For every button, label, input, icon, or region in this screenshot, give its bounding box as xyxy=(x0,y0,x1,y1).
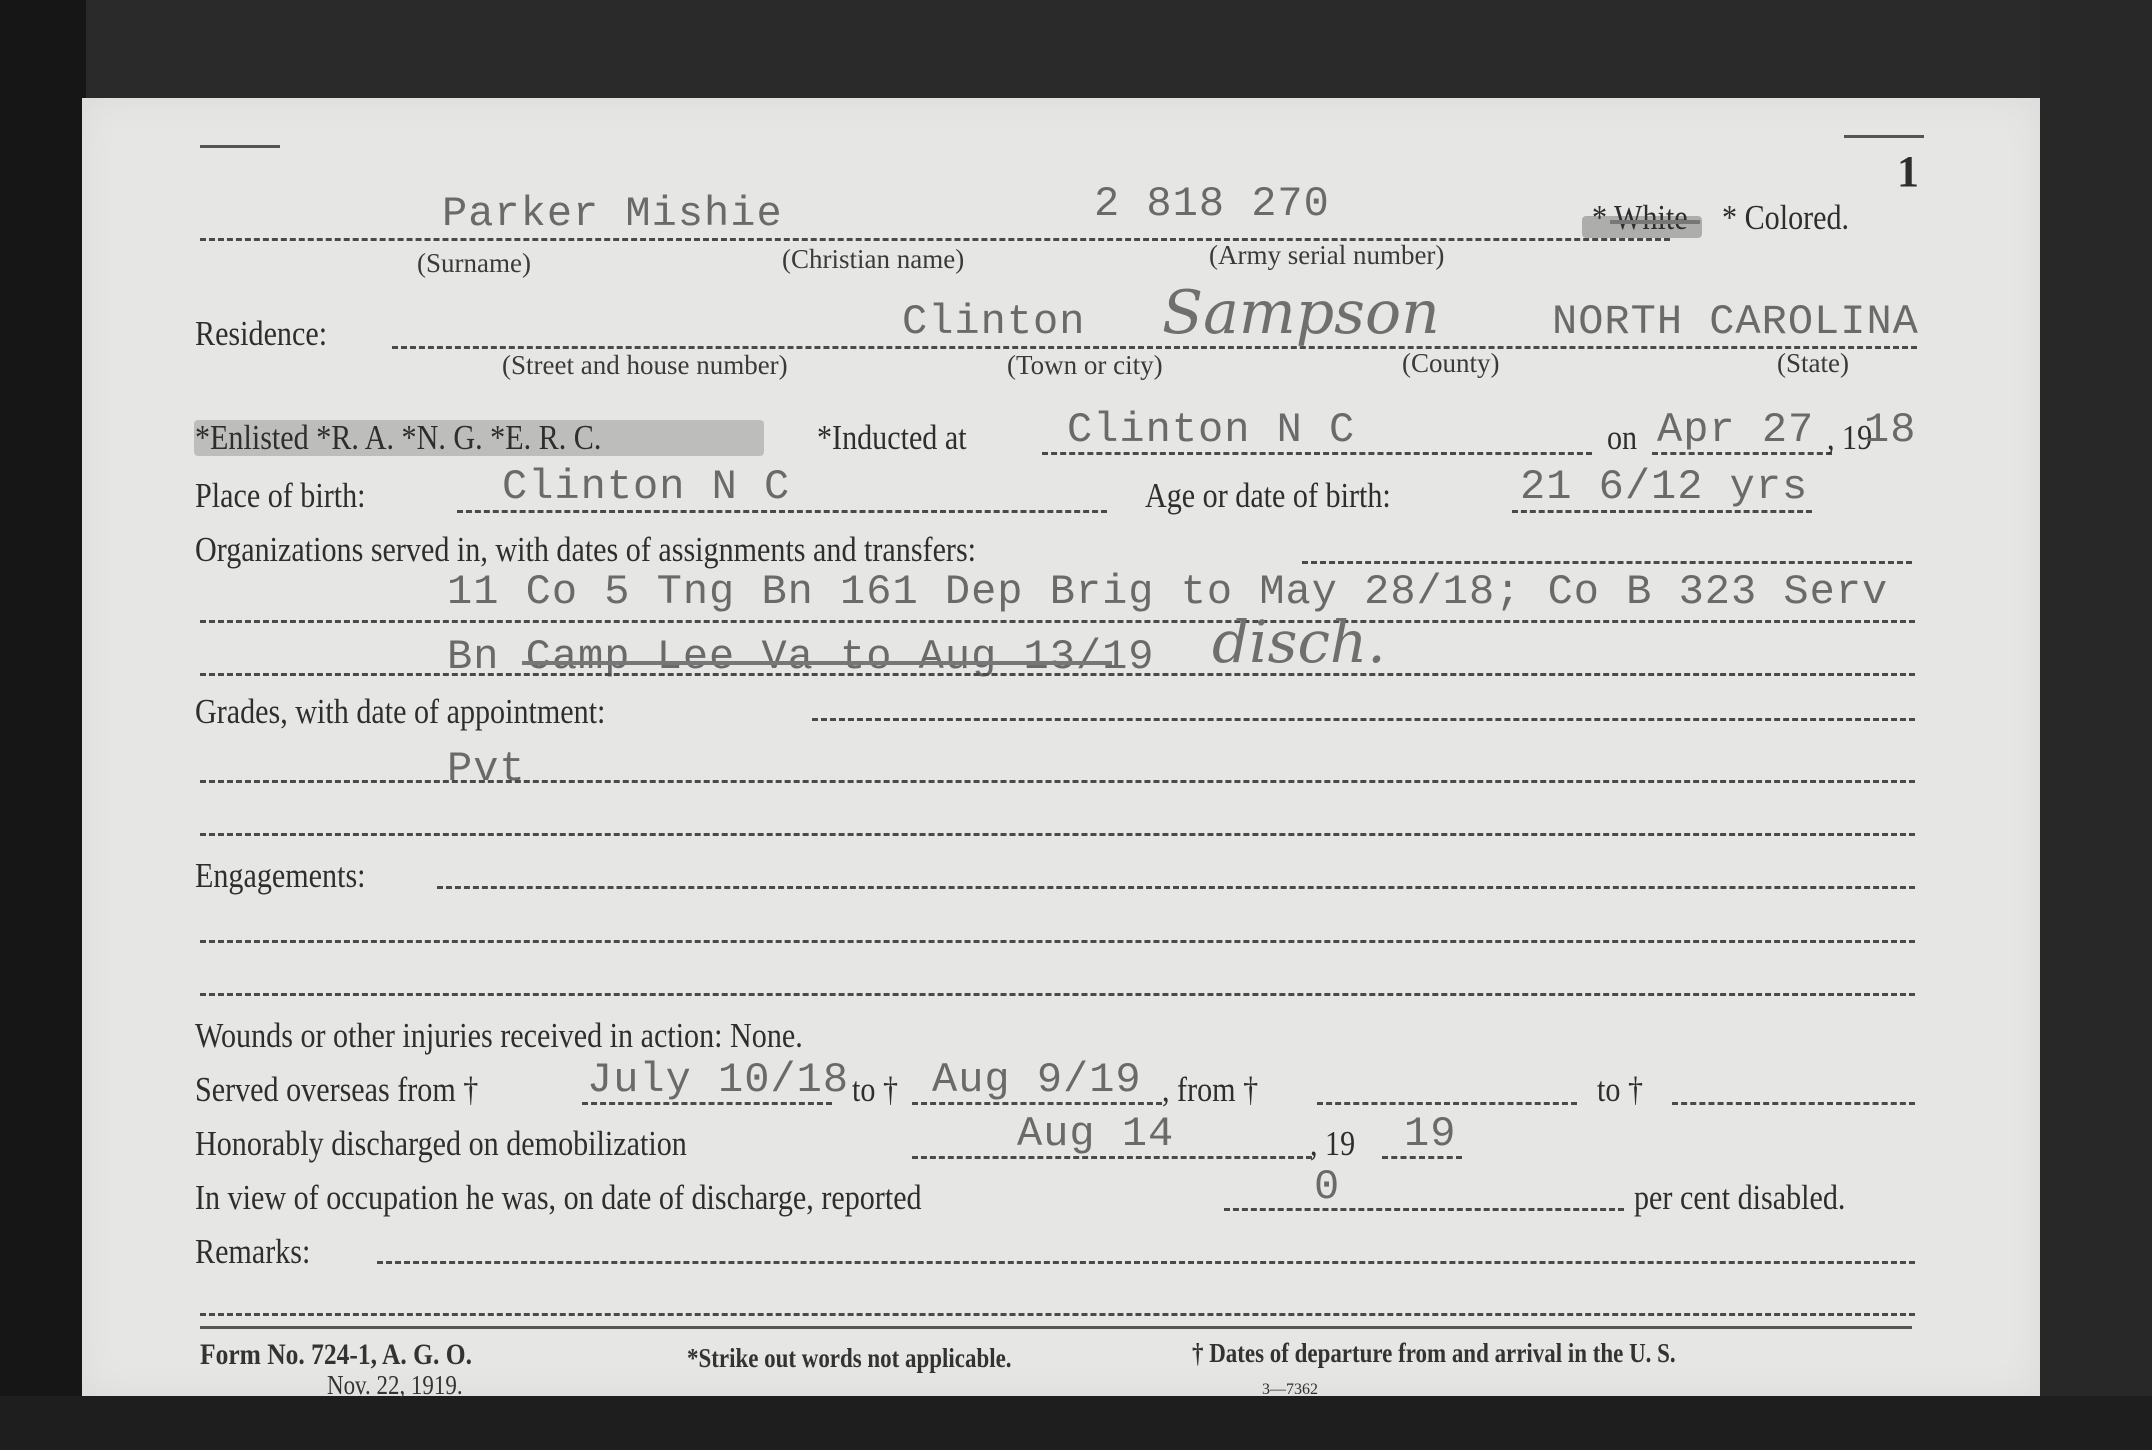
age-line xyxy=(1512,510,1812,513)
residence-label: Residence: xyxy=(195,314,327,354)
organizations-rule-2 xyxy=(200,673,1915,676)
caption-state: (State) xyxy=(1777,348,1849,379)
discharge-year-suffix: 19 xyxy=(1404,1110,1456,1158)
age-value: 21 6/12 yrs xyxy=(1520,463,1808,511)
engagements-rule-2 xyxy=(200,993,1915,996)
footnote-dates: † Dates of departure from and arrival in… xyxy=(1192,1338,1676,1369)
induction-year-suffix: 18 xyxy=(1864,406,1916,454)
grades-rule-2 xyxy=(200,833,1915,836)
residence-town: Clinton xyxy=(902,298,1085,346)
caption-surname: (Surname) xyxy=(417,248,531,279)
remarks-line-1 xyxy=(377,1261,1915,1264)
age-label: Age or date of birth: xyxy=(1145,476,1391,516)
overseas-to-date: Aug 9/19 xyxy=(932,1056,1142,1104)
grades-label-line xyxy=(812,718,1915,721)
serial-number: 2 818 270 xyxy=(1094,180,1330,228)
induction-date-line xyxy=(1652,452,1832,455)
organizations-line-1: 11 Co 5 Tng Bn 161 Dep Brig to May 28/18… xyxy=(447,568,1888,616)
grades-rule-1 xyxy=(200,780,1915,783)
disability-line xyxy=(1224,1208,1624,1211)
typed-name: Parker Mishie xyxy=(442,190,783,238)
organizations-line-2-strikeout xyxy=(522,661,1112,665)
caption-street: (Street and house number) xyxy=(502,350,788,381)
overseas-from2-label: , from † xyxy=(1162,1070,1258,1110)
overseas-to2-label: to † xyxy=(1597,1070,1643,1110)
discharge-year-line xyxy=(1382,1156,1462,1159)
name-line xyxy=(200,238,1670,241)
engagements-rule-1 xyxy=(200,940,1915,943)
organizations-handwritten-disch: disch. xyxy=(1212,608,1386,676)
overseas-to-label: to † xyxy=(852,1070,898,1110)
form-number: Form No. 724-1, A. G. O. xyxy=(200,1338,472,1372)
discharge-date: Aug 14 xyxy=(1017,1110,1174,1158)
footnote-strike-out: *Strike out words not applicable. xyxy=(687,1343,1012,1374)
grade-value: Pvt xyxy=(447,745,526,793)
organizations-rule-1 xyxy=(200,620,1915,623)
disability-label: In view of occupation he was, on date of… xyxy=(195,1178,922,1218)
form-date: Nov. 22, 1919. xyxy=(327,1370,463,1401)
caption-county: (County) xyxy=(1402,348,1500,379)
race-option-colored: * Colored. xyxy=(1722,198,1849,238)
overseas-from2-line xyxy=(1317,1102,1577,1105)
discharge-label: Honorably discharged on demobilization xyxy=(195,1124,687,1164)
overseas-from-line xyxy=(582,1102,832,1105)
service-record-card: 1 Parker Mishie 2 818 270 * White * Colo… xyxy=(82,98,2040,1396)
residence-state: NORTH CAROLINA xyxy=(1552,298,1919,346)
top-right-rule xyxy=(1844,135,1924,138)
top-left-rule xyxy=(200,145,280,148)
wounds-label: Wounds or other injuries received in act… xyxy=(195,1016,803,1056)
card-number: 1 xyxy=(1897,146,1919,197)
scanner-background-right xyxy=(2040,0,2152,1450)
engagements-line xyxy=(437,886,1915,889)
overseas-to-line xyxy=(912,1102,1162,1105)
print-code: 3—7362 xyxy=(1262,1381,1318,1399)
remarks-label: Remarks: xyxy=(195,1232,310,1272)
residence-county-handwritten: Sampson xyxy=(1162,278,1440,348)
inducted-at: Clinton N C xyxy=(1067,406,1355,454)
place-of-birth-line xyxy=(457,510,1107,513)
remarks-line-2 xyxy=(200,1313,1915,1316)
inducted-at-line xyxy=(1042,452,1592,455)
organizations-label: Organizations served in, with dates of a… xyxy=(195,530,976,570)
engagements-label: Engagements: xyxy=(195,856,366,896)
scanner-background-bottom xyxy=(0,1396,2152,1450)
footer-rule xyxy=(200,1326,1912,1329)
place-of-birth: Clinton N C xyxy=(502,463,790,511)
residence-line xyxy=(392,346,1917,349)
overseas-to2-line xyxy=(1672,1102,1915,1105)
overseas-from-label: Served overseas from † xyxy=(195,1070,478,1110)
race-option-white: * White xyxy=(1592,198,1688,238)
caption-town: (Town or city) xyxy=(1007,350,1163,381)
enlisted-options: *Enlisted *R. A. *N. G. *E. R. C. xyxy=(195,418,601,458)
organizations-label-line xyxy=(1302,561,1912,564)
inducted-label: *Inducted at xyxy=(817,418,967,458)
grades-label: Grades, with date of appointment: xyxy=(195,692,605,732)
overseas-from-date: July 10/18 xyxy=(587,1056,849,1104)
caption-christian-name: (Christian name) xyxy=(782,244,964,275)
on-label: on xyxy=(1607,418,1637,458)
scanner-background-left xyxy=(0,0,86,1450)
discharge-date-line xyxy=(912,1156,1312,1159)
disability-suffix: per cent disabled. xyxy=(1634,1178,1845,1218)
induction-date: Apr 27 xyxy=(1657,406,1814,454)
discharge-year-prefix: , 19 xyxy=(1310,1124,1355,1164)
caption-serial: (Army serial number) xyxy=(1209,240,1444,271)
disability-value: 0 xyxy=(1314,1163,1340,1211)
white-strikeout xyxy=(1610,220,1700,224)
place-of-birth-label: Place of birth: xyxy=(195,476,366,516)
